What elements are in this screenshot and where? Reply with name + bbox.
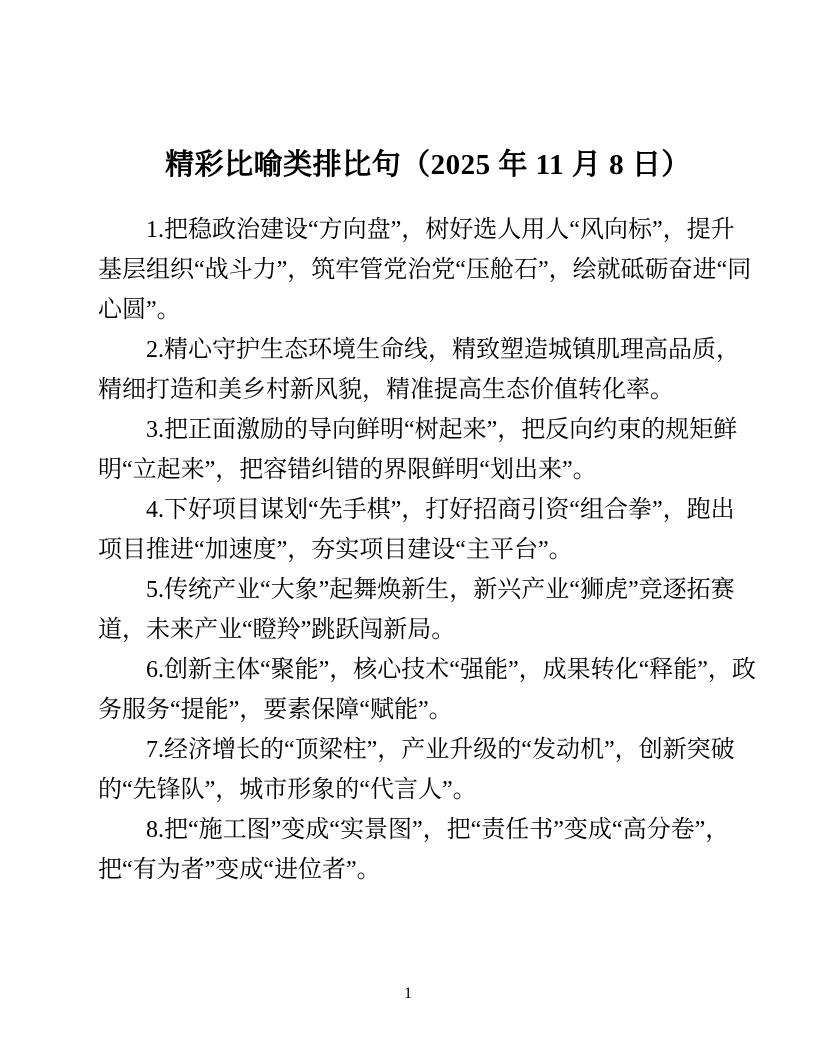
document-page: 精彩比喻类排比句（2025 年 11 月 8 日） 1.把稳政治建设“方向盘”，…	[0, 0, 816, 1056]
body-paragraph-3: 3.把正面激励的导向鲜明“树起来”，把反向约束的规矩鲜明“立起来”，把容错纠错的…	[98, 410, 758, 490]
document-title: 精彩比喻类排比句（2025 年 11 月 8 日）	[98, 144, 758, 186]
document-body: 精彩比喻类排比句（2025 年 11 月 8 日） 1.把稳政治建设“方向盘”，…	[98, 144, 758, 890]
body-paragraph-5: 5.传统产业“大象”起舞焕新生，新兴产业“狮虎”竞逐拓赛道，未来产业“瞪羚”跳跃…	[98, 570, 758, 650]
body-paragraph-8: 8.把“施工图”变成“实景图”，把“责任书”变成“高分卷”，把“有为者”变成“进…	[98, 810, 758, 890]
body-paragraph-7: 7.经济增长的“顶梁柱”，产业升级的“发动机”，创新突破的“先锋队”，城市形象的…	[98, 730, 758, 810]
body-paragraph-2: 2.精心守护生态环境生命线，精致塑造城镇肌理高品质，精细打造和美乡村新风貌，精准…	[98, 330, 758, 410]
body-paragraph-4: 4.下好项目谋划“先手棋”，打好招商引资“组合拳”，跑出项目推进“加速度”，夯实…	[98, 490, 758, 570]
body-paragraph-6: 6.创新主体“聚能”，核心技术“强能”，成果转化“释能”，政务服务“提能”，要素…	[98, 650, 758, 730]
page-number-footer: 1	[0, 984, 816, 1004]
body-paragraph-1: 1.把稳政治建设“方向盘”，树好选人用人“风向标”，提升基层组织“战斗力”，筑牢…	[98, 210, 758, 330]
